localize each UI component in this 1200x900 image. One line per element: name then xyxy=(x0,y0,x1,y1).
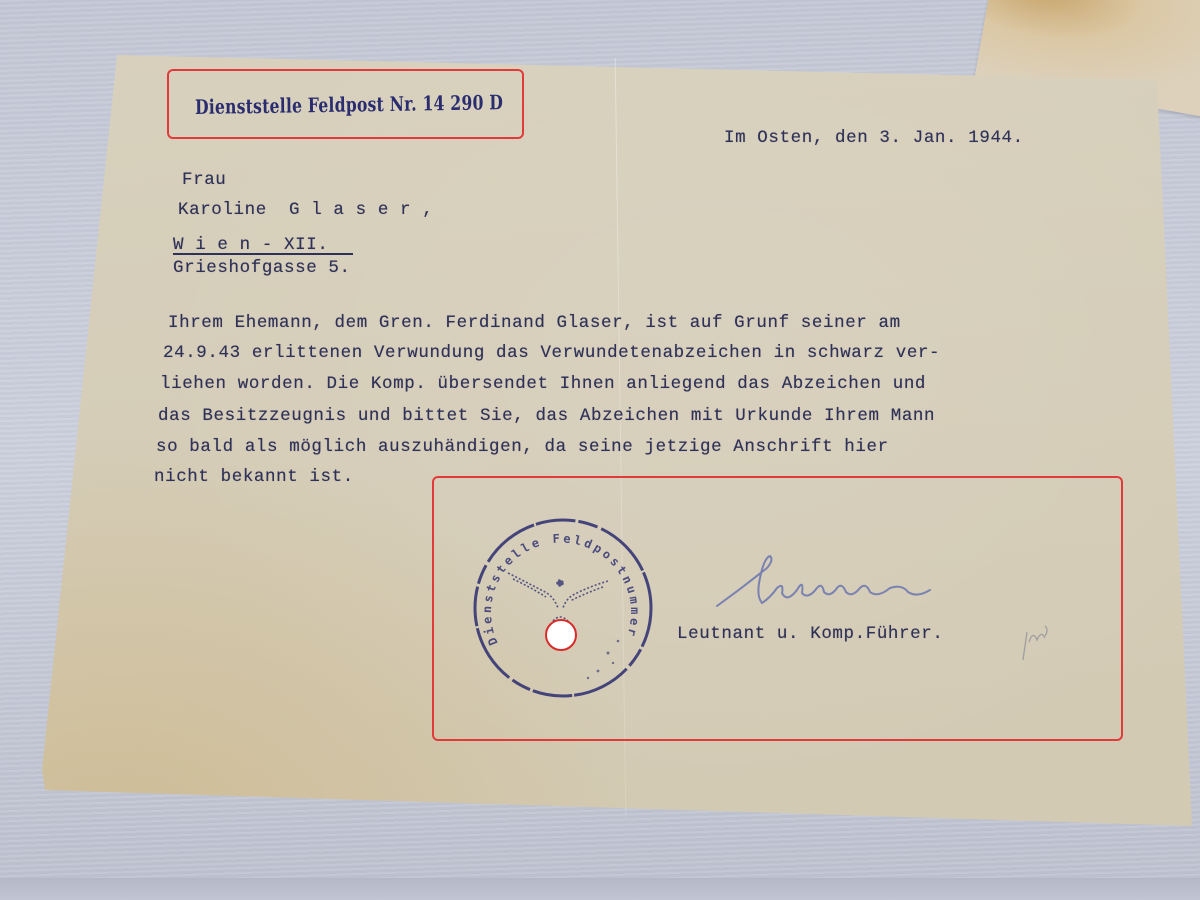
pencil-annotation xyxy=(1015,612,1055,662)
eagle-emblem-icon xyxy=(508,573,608,621)
recipient-name: Karoline G l a s e r , xyxy=(178,200,433,220)
recipient-salutation: Frau xyxy=(182,170,226,190)
body-line-3: liehen worden. Die Komp. übersendet Ihne… xyxy=(160,374,926,394)
body-line-6: nicht bekannt ist. xyxy=(154,467,354,487)
recipient-street: Grieshofgasse 5. xyxy=(173,258,351,278)
body-line-5: so bald als möglich auszuhändigen, da se… xyxy=(156,437,889,457)
signature-title: Leutnant u. Komp.Führer. xyxy=(677,624,943,644)
place-date: Im Osten, den 3. Jan. 1944. xyxy=(724,128,1024,148)
official-seal-stamp: Dienststelle Feldpostnummer xyxy=(468,513,658,703)
header-stamp-text: Dienststelle Feldpost Nr. 14 290 D xyxy=(195,90,503,119)
body-line-4: das Besitzzeugnis und bittet Sie, das Ab… xyxy=(158,406,935,426)
table-edge xyxy=(0,878,1200,900)
recipient-city: W i e n - XII. xyxy=(173,235,328,255)
body-line-2: 24.9.43 erlittenen Verwundung das Verwun… xyxy=(163,343,940,363)
click-target-marker xyxy=(545,619,577,651)
body-line-1: Ihrem Ehemann, dem Gren. Ferdinand Glase… xyxy=(168,313,901,333)
handwritten-signature xyxy=(712,548,942,618)
recipient-city-underline xyxy=(173,253,353,255)
